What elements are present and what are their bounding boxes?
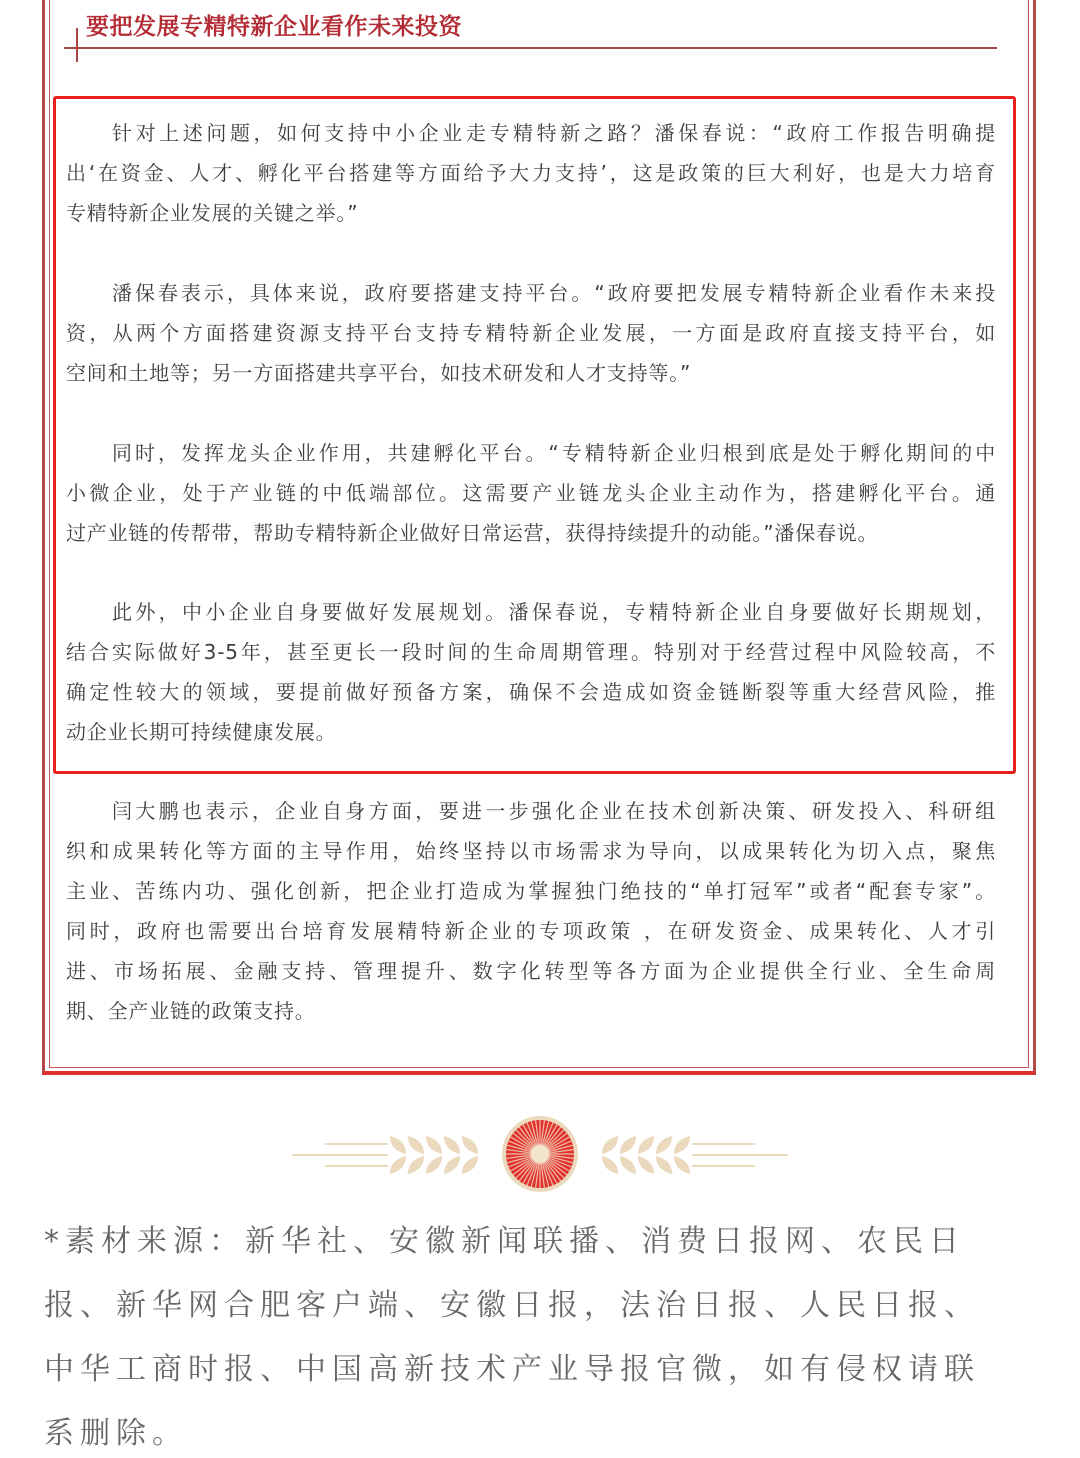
paragraph-line: 动企业长期可持续健康发展。 (66, 712, 996, 752)
paragraph-line: 针对上述问题，如何支持中小企业走专精特新之路？潘保春说：“政府工作报告明确提 (66, 113, 996, 153)
paragraph-line: 主业、苦练内功、强化创新，把企业打造成为掌握独门绝技的“单打冠军”或者“配套专家… (66, 871, 996, 911)
sources-line: 报、新华网合肥客户端、安徽日报，法治日报、人民日报、 (44, 1274, 1034, 1338)
paragraph-line: 过产业链的传帮带，帮助专精特新企业做好日常运营，获得持续提升的动能。”潘保春说。 (66, 513, 996, 553)
paragraph-line: 期、全产业链的政策支持。 (66, 991, 996, 1031)
section-title: 要把发展专精特新企业看作未来投资 (86, 8, 462, 41)
paragraph-line: 同时，发挥龙头企业作用，共建孵化平台。“专精特新企业归根到底是处于孵化期间的中 (66, 433, 996, 473)
paragraph-line: 专精特新企业发展的关键之举。” (66, 193, 996, 233)
paragraph-line: 织和成果转化等方面的主导作用，始终坚持以市场需求为导向，以成果转化为切入点，聚焦 (66, 831, 996, 871)
paragraph-line: 确定性较大的领域，要提前做好预备方案，确保不会造成如资金链断裂等重大经营风险，推 (66, 672, 996, 712)
paragraph-line: 出‘在资金、人才、孵化平台搭建等方面给予大力支持’，这是政策的巨大利好，也是大力… (66, 153, 996, 193)
paragraph-line: 此外，中小企业自身要做好发展规划。潘保春说，专精特新企业自身要做好长期规划， (66, 592, 996, 632)
sunburst-wheat-ornament-icon (290, 1113, 790, 1195)
sources-line: 中华工商时报、中国高新技术产业导报官微，如有侵权请联 (44, 1338, 1034, 1402)
highlighted-paragraph-2: 潘保春表示，具体来说，政府要搭建支持平台。“政府要把发展专精特新企业看作未来投 … (66, 273, 996, 393)
paragraph-line: 闫大鹏也表示，企业自身方面，要进一步强化企业在技术创新决策、研发投入、科研组 (66, 791, 996, 831)
sources-line: *素材来源：新华社、安徽新闻联播、消费日报网、农民日 (44, 1210, 1034, 1274)
title-decor-vertical-line (76, 28, 78, 62)
sources-note: *素材来源：新华社、安徽新闻联播、消费日报网、农民日 报、新华网合肥客户端、安徽… (44, 1210, 1034, 1458)
paragraph-line: 同时，政府也需要出台培育发展精特新企业的专项政策 ，在研发资金、成果转化、人才引 (66, 911, 996, 951)
closing-paragraph: 闫大鹏也表示，企业自身方面，要进一步强化企业在技术创新决策、研发投入、科研组 织… (66, 791, 996, 1031)
title-decor-horizontal-line (64, 47, 997, 49)
paragraph-line: 潘保春表示，具体来说，政府要搭建支持平台。“政府要把发展专精特新企业看作未来投 (66, 273, 996, 313)
paragraph-line: 进、市场拓展、金融支持、管理提升、数字化转型等各方面为企业提供全行业、全生命周 (66, 951, 996, 991)
paragraph-line: 小微企业，处于产业链的中低端部位。这需要产业链龙头企业主动作为，搭建孵化平台。通 (66, 473, 996, 513)
highlighted-paragraph-3: 同时，发挥龙头企业作用，共建孵化平台。“专精特新企业归根到底是处于孵化期间的中 … (66, 433, 996, 553)
sources-line: 系删除。 (44, 1402, 1034, 1458)
paragraph-line: 结合实际做好3-5年，甚至更长一段时间的生命周期管理。特别对于经营过程中风险较高… (66, 632, 996, 672)
paragraph-line: 空间和土地等；另一方面搭建共享平台，如技术研发和人才支持等。” (66, 353, 996, 393)
highlighted-paragraph-1: 针对上述问题，如何支持中小企业走专精特新之路？潘保春说：“政府工作报告明确提 出… (66, 113, 996, 233)
highlighted-paragraph-4: 此外，中小企业自身要做好发展规划。潘保春说，专精特新企业自身要做好长期规划， 结… (66, 592, 996, 752)
paragraph-line: 资，从两个方面搭建资源支持平台支持专精特新企业发展，一方面是政府直接支持平台，如 (66, 313, 996, 353)
